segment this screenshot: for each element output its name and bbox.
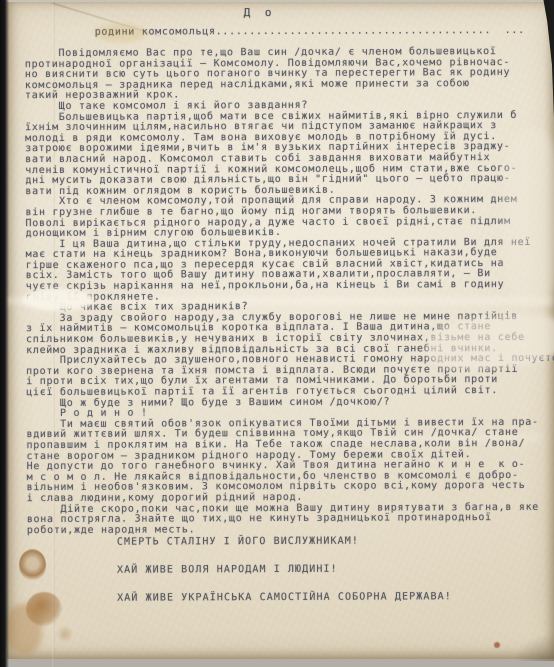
document-line: роботи,жде народня месть. [27, 524, 551, 537]
corner-shadow [514, 633, 554, 661]
document-body: Повідомляємо Вас про те,що Ваш син /дочк… [25, 47, 551, 537]
slogans-block: СМЕРТЬ СТАЛІНУ І ЙОГО ВИСЛУЖНИКАМ!ХАЙ ЖИ… [117, 536, 452, 622]
recipient-line: родини комсомольця......................… [95, 25, 525, 38]
slogan-line: ХАЙ ЖИВЕ УКРАЇНСЬКА САМОСТІЙНА СОБОРНА Д… [117, 593, 452, 605]
typewritten-text-layer: Д о родини комсомольця..................… [0, 0, 554, 667]
scanned-leaflet: Д о родини комсомольця..................… [0, 0, 554, 667]
document-title: Д о [244, 6, 276, 19]
slogan-line: СМЕРТЬ СТАЛІНУ І ЙОГО ВИСЛУЖНИКАМ! [117, 536, 452, 548]
scan-border-left [0, 0, 9, 667]
slogan-line: ХАЙ ЖИВЕ ВОЛЯ НАРОДАМ І ЛЮДИНІ! [117, 564, 452, 576]
